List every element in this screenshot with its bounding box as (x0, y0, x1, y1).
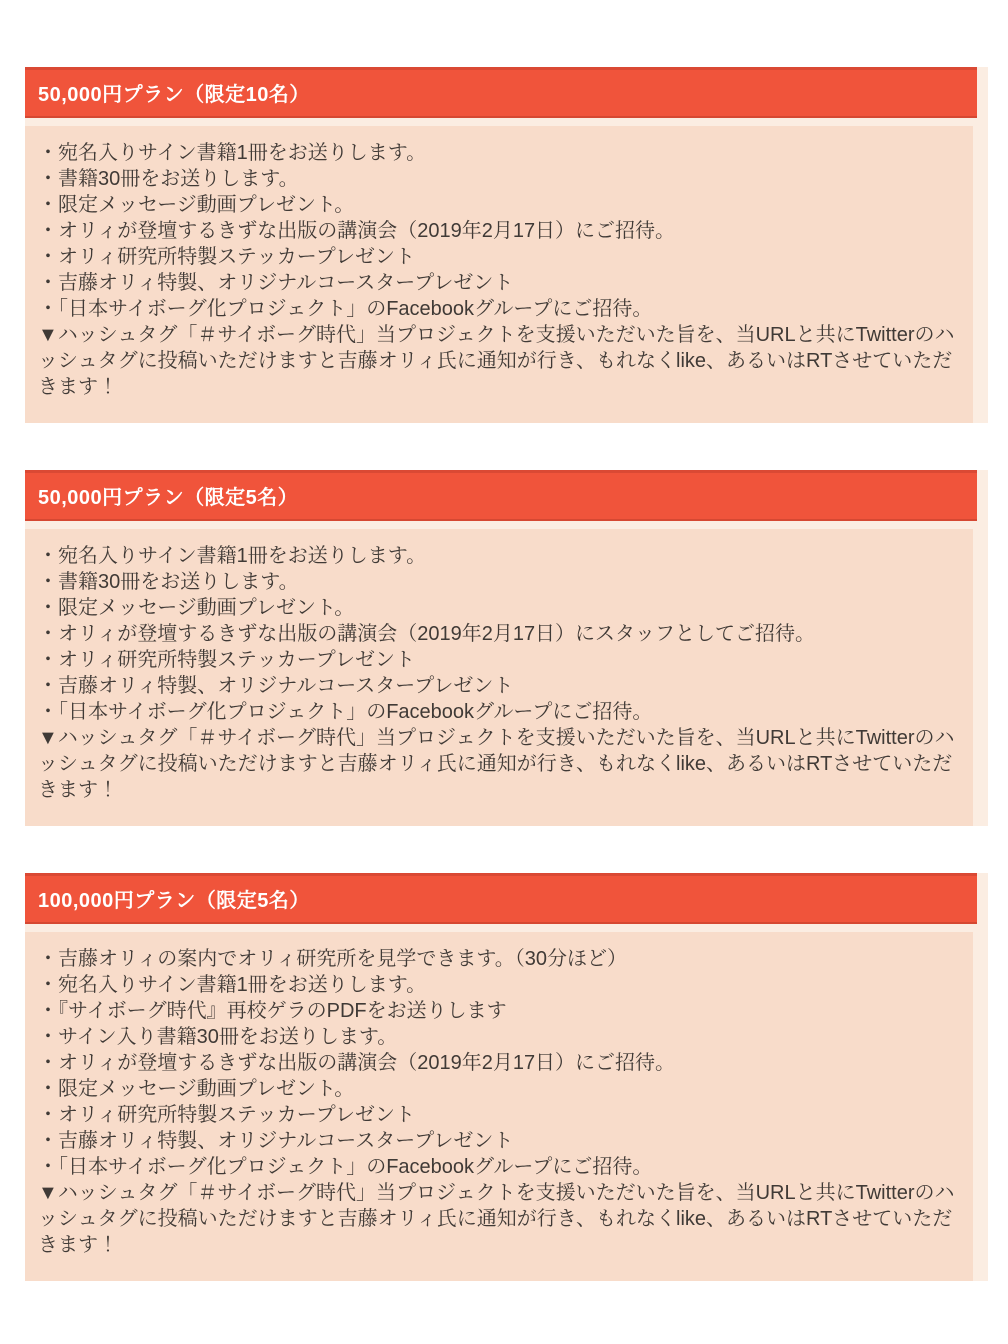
benefit-item: ・オリィが登壇するきずな出版の講演会（2019年2月17日）にご招待。 (38, 1050, 963, 1076)
benefit-item: ・限定メッセージ動画プレゼント。 (38, 192, 963, 218)
benefit-item: ・吉藤オリィ特製、オリジナルコースタープレゼント (38, 270, 963, 296)
benefit-item: ・吉藤オリィの案内でオリィ研究所を見学できます。（30分ほど） (38, 946, 963, 972)
plan-title: 50,000円プラン（限定10名） (38, 78, 310, 107)
benefit-list: ・吉藤オリィの案内でオリィ研究所を見学できます。（30分ほど）・宛名入りサイン書… (38, 946, 963, 1180)
benefit-list: ・宛名入りサイン書籍1冊をお送りします。・書籍30冊をお送りします。・限定メッセ… (38, 543, 963, 725)
benefit-item: ・宛名入りサイン書籍1冊をお送りします。 (38, 543, 963, 569)
benefit-item: ・「日本サイボーグ化プロジェクト」のFacebookグループにご招待。 (38, 296, 963, 322)
hashtag-note: ▼ハッシュタグ「＃サイボーグ時代」当プロジェクトを支援いただいた旨を、当URLと… (38, 725, 963, 803)
benefit-item: ・オリィ研究所特製ステッカープレゼント (38, 244, 963, 270)
benefit-item: ・オリィが登壇するきずな出版の講演会（2019年2月17日）にスタッフとしてご招… (38, 621, 963, 647)
benefit-item: ・書籍30冊をお送りします。 (38, 166, 963, 192)
benefit-item: ・オリィ研究所特製ステッカープレゼント (38, 647, 963, 673)
benefit-item: ・限定メッセージ動画プレゼント。 (38, 1076, 963, 1102)
plan-benefits: ・宛名入りサイン書籍1冊をお送りします。・書籍30冊をお送りします。・限定メッセ… (25, 126, 973, 423)
benefit-item: ・宛名入りサイン書籍1冊をお送りします。 (38, 972, 963, 998)
plan-card: 50,000円プラン（限定5名） ・宛名入りサイン書籍1冊をお送りします。・書籍… (25, 470, 988, 826)
benefit-item: ・吉藤オリィ特製、オリジナルコースタープレゼント (38, 1128, 963, 1154)
benefit-item: ・オリィが登壇するきずな出版の講演会（2019年2月17日）にご招待。 (38, 218, 963, 244)
plan-cards-container: 50,000円プラン（限定10名） ・宛名入りサイン書籍1冊をお送りします。・書… (25, 67, 1008, 1281)
benefit-list: ・宛名入りサイン書籍1冊をお送りします。・書籍30冊をお送りします。・限定メッセ… (38, 140, 963, 322)
plan-header: 50,000円プラン（限定10名） (25, 67, 977, 118)
benefit-item: ・宛名入りサイン書籍1冊をお送りします。 (38, 140, 963, 166)
plan-benefits: ・吉藤オリィの案内でオリィ研究所を見学できます。（30分ほど）・宛名入りサイン書… (25, 932, 973, 1281)
plan-benefits: ・宛名入りサイン書籍1冊をお送りします。・書籍30冊をお送りします。・限定メッセ… (25, 529, 973, 826)
benefit-item: ・サイン入り書籍30冊をお送りします。 (38, 1024, 963, 1050)
plan-card: 50,000円プラン（限定10名） ・宛名入りサイン書籍1冊をお送りします。・書… (25, 67, 988, 423)
benefit-item: ・『サイボーグ時代』再校ゲラのPDFをお送りします (38, 998, 963, 1024)
plans-page: 50,000円プラン（限定10名） ・宛名入りサイン書籍1冊をお送りします。・書… (0, 0, 1008, 1281)
plan-card: 100,000円プラン（限定5名） ・吉藤オリィの案内でオリィ研究所を見学できま… (25, 873, 988, 1281)
plan-header: 100,000円プラン（限定5名） (25, 873, 977, 924)
hashtag-note: ▼ハッシュタグ「＃サイボーグ時代」当プロジェクトを支援いただいた旨を、当URLと… (38, 322, 963, 400)
benefit-item: ・書籍30冊をお送りします。 (38, 569, 963, 595)
hashtag-note: ▼ハッシュタグ「＃サイボーグ時代」当プロジェクトを支援いただいた旨を、当URLと… (38, 1180, 963, 1258)
plan-title: 100,000円プラン（限定5名） (38, 884, 310, 913)
plan-title: 50,000円プラン（限定5名） (38, 481, 298, 510)
benefit-item: ・「日本サイボーグ化プロジェクト」のFacebookグループにご招待。 (38, 1154, 963, 1180)
benefit-item: ・吉藤オリィ特製、オリジナルコースタープレゼント (38, 673, 963, 699)
benefit-item: ・限定メッセージ動画プレゼント。 (38, 595, 963, 621)
plan-header: 50,000円プラン（限定5名） (25, 470, 977, 521)
benefit-item: ・オリィ研究所特製ステッカープレゼント (38, 1102, 963, 1128)
benefit-item: ・「日本サイボーグ化プロジェクト」のFacebookグループにご招待。 (38, 699, 963, 725)
